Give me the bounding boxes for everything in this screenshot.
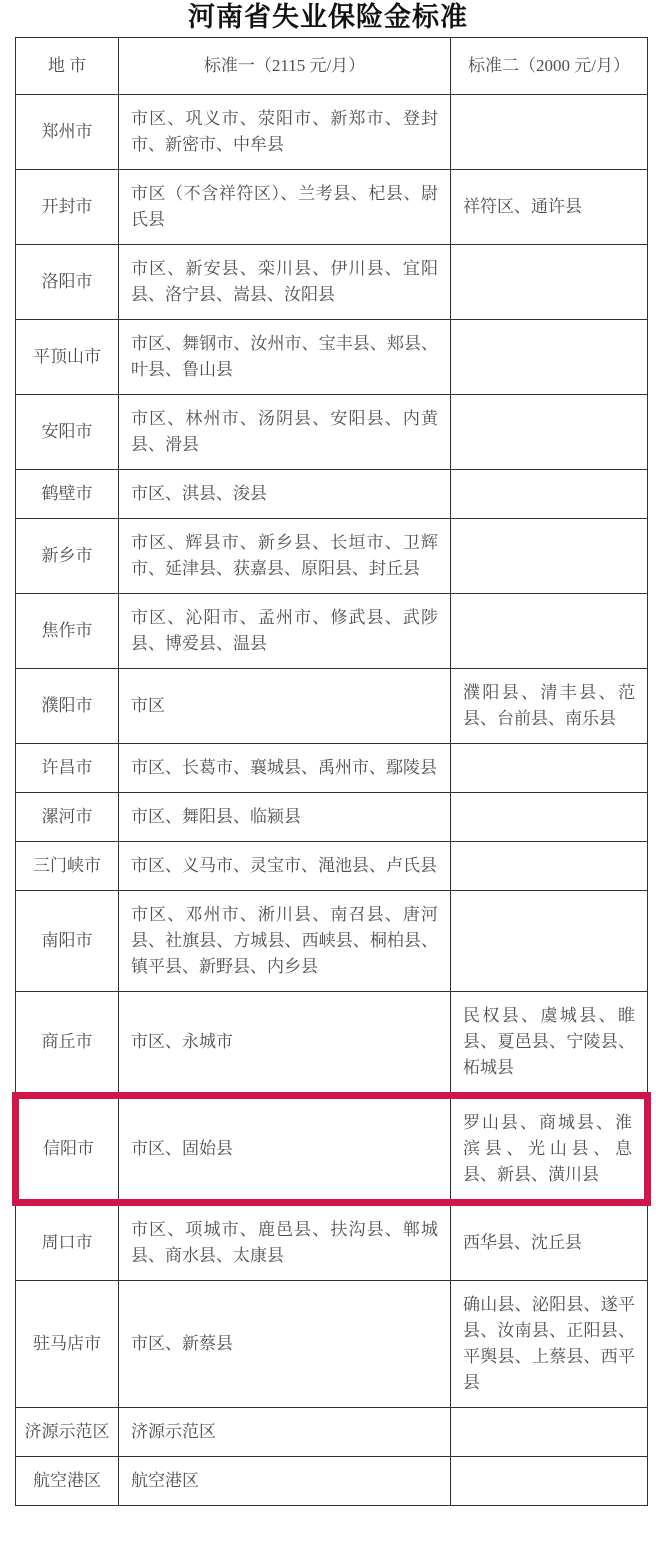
city-cell: 周口市 (16, 1203, 119, 1281)
city-cell: 安阳市 (16, 395, 119, 470)
city-cell: 南阳市 (16, 891, 119, 992)
standard1-cell: 市区、舞阳县、临颍县 (119, 793, 451, 842)
standard1-cell: 市区、林州市、汤阴县、安阳县、内黄县、滑县 (119, 395, 451, 470)
header-row: 地 市 标准一（2115 元/月） 标准二（2000 元/月） (16, 38, 648, 95)
table-row: 安阳市市区、林州市、汤阴县、安阳县、内黄县、滑县 (16, 395, 648, 470)
page: 河南省失业保险金标准 地 市 标准一（2115 元/月） 标准二（2000 元/… (0, 0, 656, 1542)
standard2-cell: 濮阳县、清丰县、范县、台前县、南乐县 (451, 669, 648, 744)
standards-table: 地 市 标准一（2115 元/月） 标准二（2000 元/月） 郑州市市区、巩义… (12, 37, 651, 1506)
city-cell: 平顶山市 (16, 320, 119, 395)
table-row: 郑州市市区、巩义市、荥阳市、新郑市、登封市、新密市、中牟县 (16, 95, 648, 170)
standard1-cell: 济源示范区 (119, 1408, 451, 1457)
city-cell: 洛阳市 (16, 245, 119, 320)
table-row: 新乡市市区、辉县市、新乡县、长垣市、卫辉市、延津县、获嘉县、原阳县、封丘县 (16, 519, 648, 594)
header-city: 地 市 (16, 38, 119, 95)
city-cell: 许昌市 (16, 744, 119, 793)
table-row: 南阳市市区、邓州市、淅川县、南召县、唐河县、社旗县、方城县、西峡县、桐柏县、镇平… (16, 891, 648, 992)
city-cell: 郑州市 (16, 95, 119, 170)
city-cell: 航空港区 (16, 1457, 119, 1506)
standard1-cell: 市区、舞钢市、汝州市、宝丰县、郏县、叶县、鲁山县 (119, 320, 451, 395)
standard2-cell (451, 793, 648, 842)
standard1-cell: 市区、永城市 (119, 992, 451, 1096)
standard1-cell: 市区、淇县、浚县 (119, 470, 451, 519)
city-cell: 漯河市 (16, 793, 119, 842)
city-cell: 济源示范区 (16, 1408, 119, 1457)
standard2-cell: 民权县、虞城县、睢县、夏邑县、宁陵县、柘城县 (451, 992, 648, 1096)
table-row: 濮阳市市区濮阳县、清丰县、范县、台前县、南乐县 (16, 669, 648, 744)
standard1-cell: 市区、固始县 (119, 1096, 451, 1203)
city-cell: 开封市 (16, 170, 119, 245)
standard1-cell: 市区、新蔡县 (119, 1281, 451, 1408)
table-row: 航空港区航空港区 (16, 1457, 648, 1506)
table-row: 漯河市市区、舞阳县、临颍县 (16, 793, 648, 842)
page-title: 河南省失业保险金标准 (0, 2, 656, 32)
standard1-cell: 市区、辉县市、新乡县、长垣市、卫辉市、延津县、获嘉县、原阳县、封丘县 (119, 519, 451, 594)
header-standard1: 标准一（2115 元/月） (119, 38, 451, 95)
standard1-cell: 市区、邓州市、淅川县、南召县、唐河县、社旗县、方城县、西峡县、桐柏县、镇平县、新… (119, 891, 451, 992)
city-cell: 三门峡市 (16, 842, 119, 891)
standard2-cell (451, 891, 648, 992)
table-row: 济源示范区济源示范区 (16, 1408, 648, 1457)
standard2-cell (451, 245, 648, 320)
standard2-cell: 祥符区、通许县 (451, 170, 648, 245)
table-row: 鹤壁市市区、淇县、浚县 (16, 470, 648, 519)
city-cell: 鹤壁市 (16, 470, 119, 519)
standard1-cell: 市区、义马市、灵宝市、渑池县、卢氏县 (119, 842, 451, 891)
standard2-cell (451, 1457, 648, 1506)
standard2-cell (451, 744, 648, 793)
table-row: 许昌市市区、长葛市、襄城县、禹州市、鄢陵县 (16, 744, 648, 793)
standard2-cell (451, 1408, 648, 1457)
table-row: 洛阳市市区、新安县、栾川县、伊川县、宜阳县、洛宁县、嵩县、汝阳县 (16, 245, 648, 320)
table-row: 商丘市市区、永城市民权县、虞城县、睢县、夏邑县、宁陵县、柘城县 (16, 992, 648, 1096)
standard2-cell (451, 842, 648, 891)
header-standard2: 标准二（2000 元/月） (451, 38, 648, 95)
table-row-highlighted: 信阳市市区、固始县罗山县、商城县、淮滨县、光山县、息县、新县、潢川县 (16, 1096, 648, 1203)
table-body: 郑州市市区、巩义市、荥阳市、新郑市、登封市、新密市、中牟县开封市市区（不含祥符区… (16, 95, 648, 1506)
standard1-cell: 市区、项城市、鹿邑县、扶沟县、郸城县、商水县、太康县 (119, 1203, 451, 1281)
city-cell: 驻马店市 (16, 1281, 119, 1408)
standard1-cell: 市区、巩义市、荥阳市、新郑市、登封市、新密市、中牟县 (119, 95, 451, 170)
standard1-cell: 市区、新安县、栾川县、伊川县、宜阳县、洛宁县、嵩县、汝阳县 (119, 245, 451, 320)
standard2-cell (451, 594, 648, 669)
table-row: 开封市市区（不含祥符区）、兰考县、杞县、尉氏县祥符区、通许县 (16, 170, 648, 245)
standard2-cell: 西华县、沈丘县 (451, 1203, 648, 1281)
city-cell: 焦作市 (16, 594, 119, 669)
city-cell: 新乡市 (16, 519, 119, 594)
standard2-cell (451, 470, 648, 519)
city-cell: 信阳市 (16, 1096, 119, 1203)
city-cell: 商丘市 (16, 992, 119, 1096)
standard1-cell: 市区（不含祥符区）、兰考县、杞县、尉氏县 (119, 170, 451, 245)
standard1-cell: 市区、长葛市、襄城县、禹州市、鄢陵县 (119, 744, 451, 793)
table-row: 平顶山市市区、舞钢市、汝州市、宝丰县、郏县、叶县、鲁山县 (16, 320, 648, 395)
table-row: 焦作市市区、沁阳市、孟州市、修武县、武陟县、博爱县、温县 (16, 594, 648, 669)
standard1-cell: 航空港区 (119, 1457, 451, 1506)
city-cell: 濮阳市 (16, 669, 119, 744)
standard2-cell: 罗山县、商城县、淮滨县、光山县、息县、新县、潢川县 (451, 1096, 648, 1203)
standard2-cell (451, 519, 648, 594)
table-header: 地 市 标准一（2115 元/月） 标准二（2000 元/月） (16, 38, 648, 95)
table-row: 周口市市区、项城市、鹿邑县、扶沟县、郸城县、商水县、太康县西华县、沈丘县 (16, 1203, 648, 1281)
standard1-cell: 市区 (119, 669, 451, 744)
standard2-cell (451, 320, 648, 395)
standard1-cell: 市区、沁阳市、孟州市、修武县、武陟县、博爱县、温县 (119, 594, 451, 669)
standard2-cell (451, 395, 648, 470)
standard2-cell (451, 95, 648, 170)
table-row: 三门峡市市区、义马市、灵宝市、渑池县、卢氏县 (16, 842, 648, 891)
table-row: 驻马店市市区、新蔡县确山县、泌阳县、遂平县、汝南县、正阳县、平舆县、上蔡县、西平… (16, 1281, 648, 1408)
standard2-cell: 确山县、泌阳县、遂平县、汝南县、正阳县、平舆县、上蔡县、西平县 (451, 1281, 648, 1408)
